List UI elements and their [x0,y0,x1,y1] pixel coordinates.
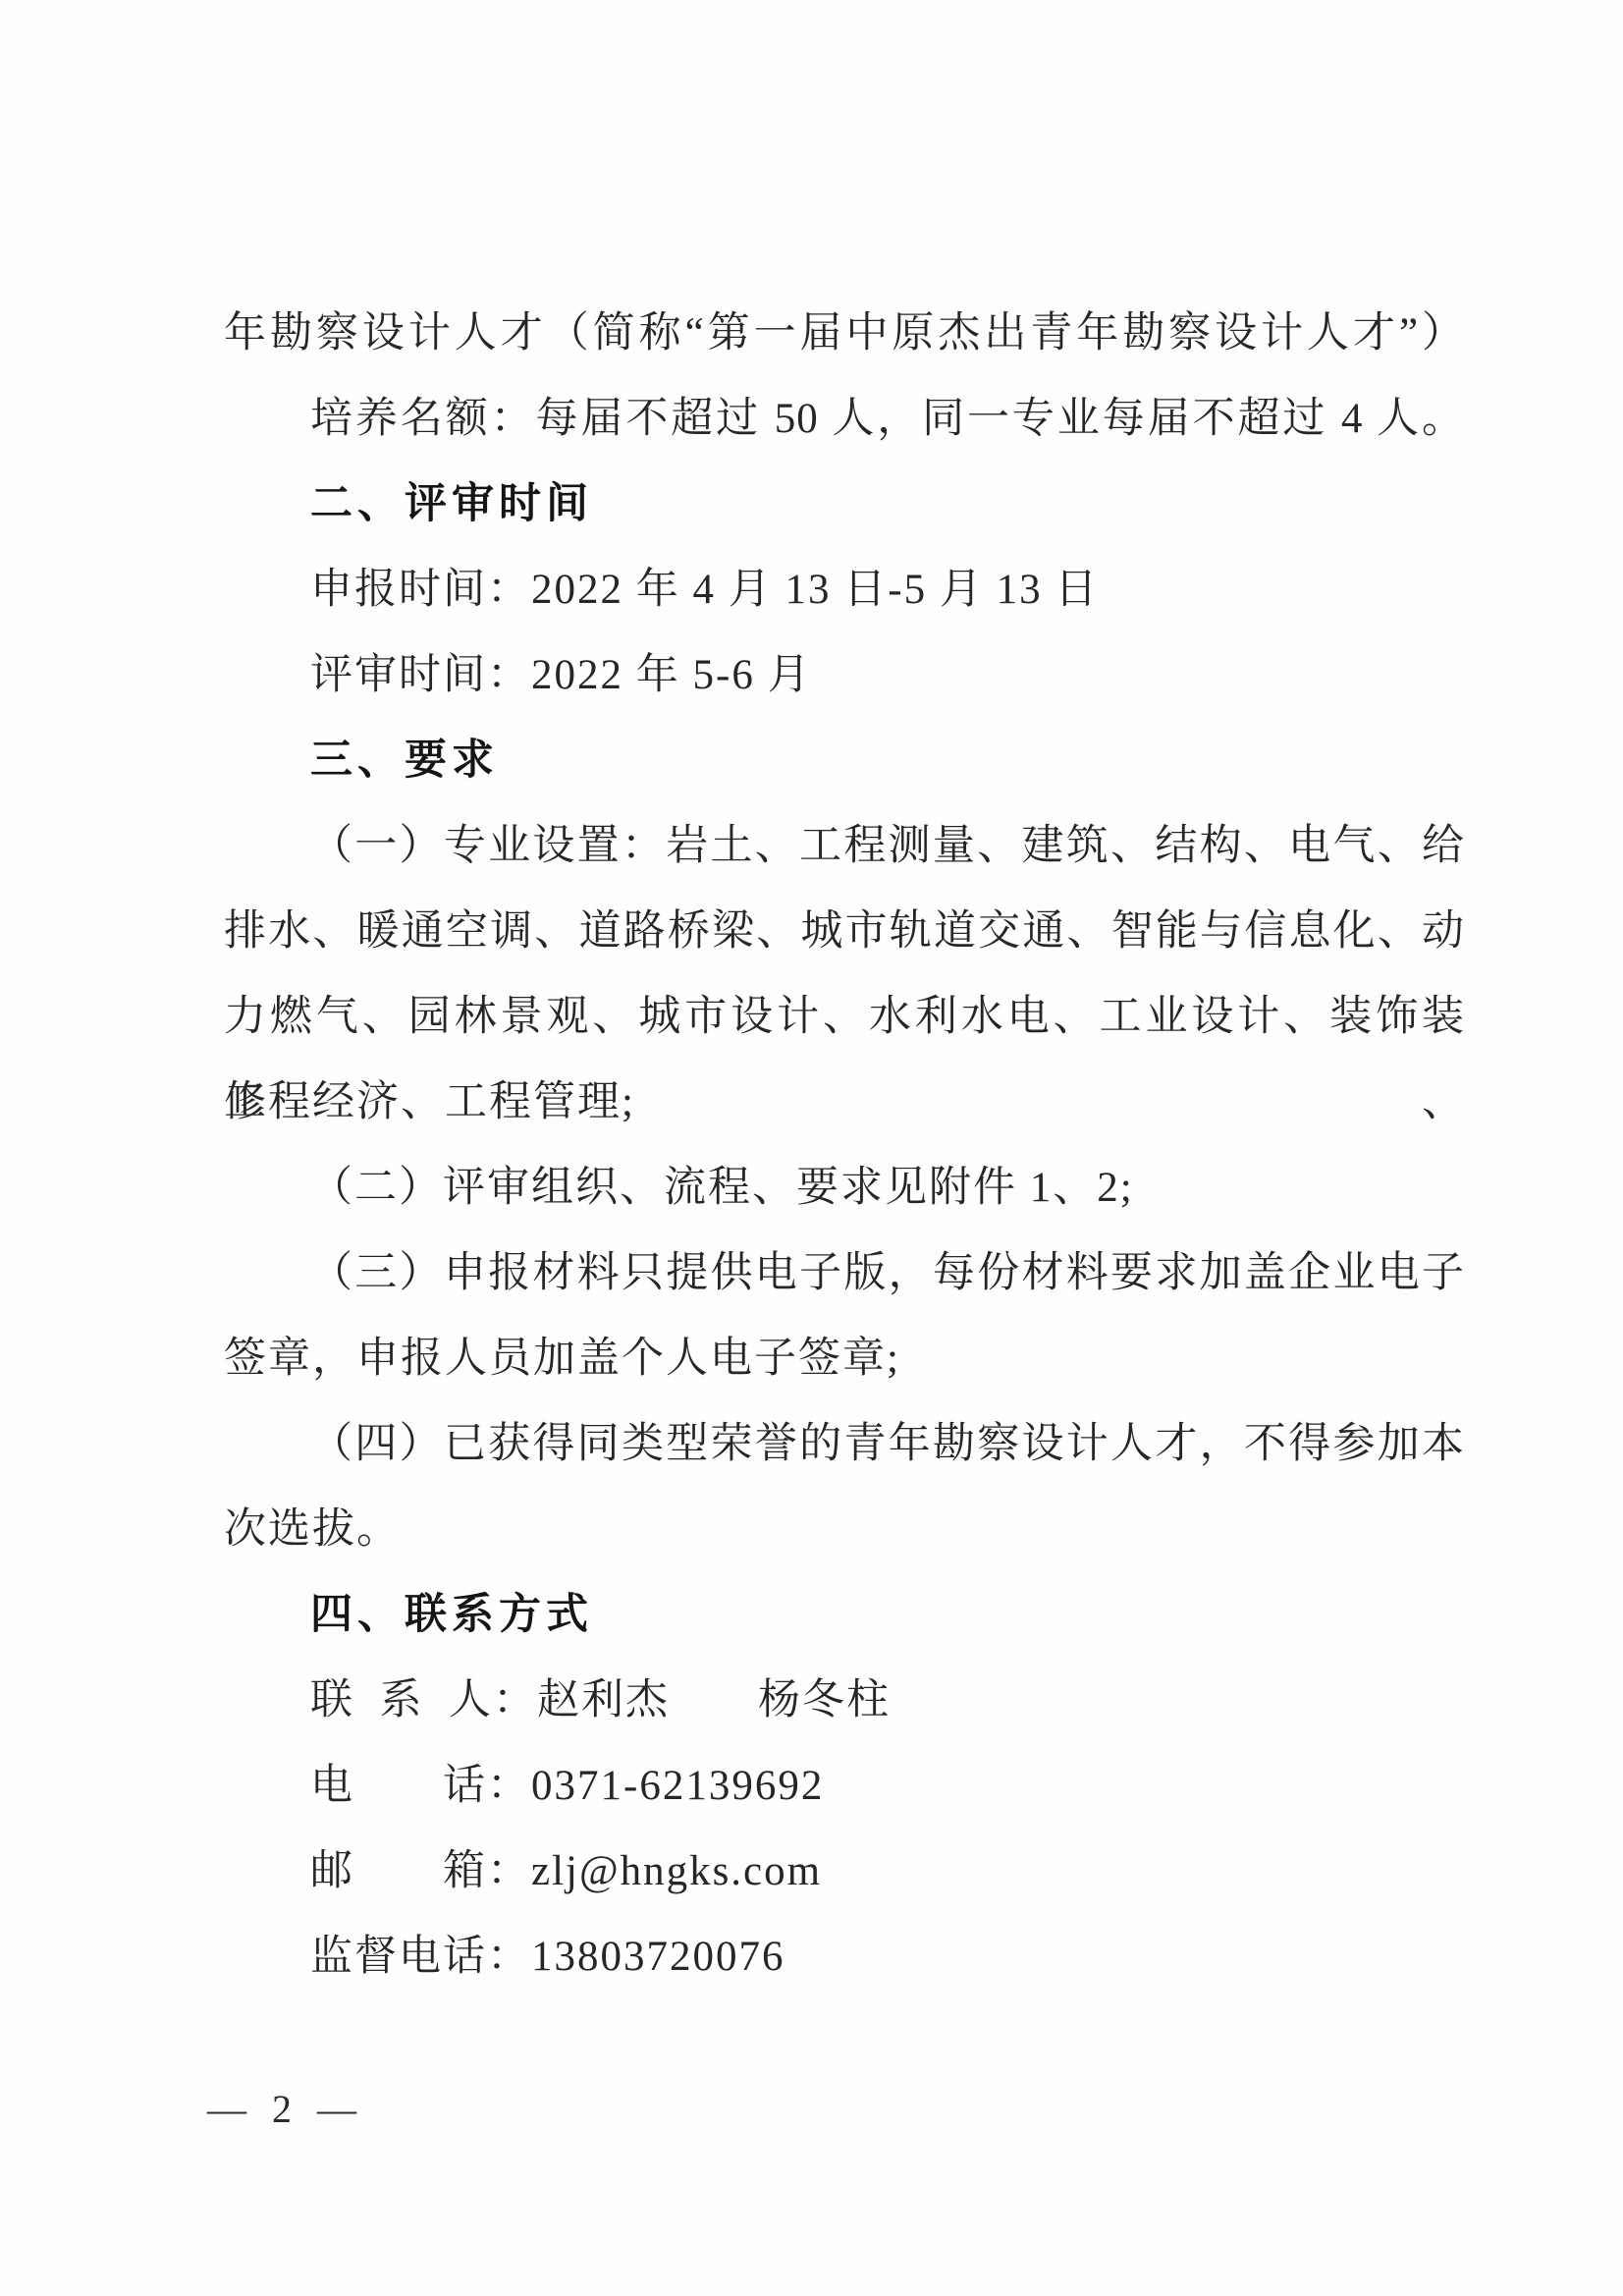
text-line: 排水、暖通空调、道路桥梁、城市轨道交通、智能与信息化、动 [224,889,1465,974]
document-page: 年勘察设计人才（简称“第一届中原杰出青年勘察设计人才”）培养名额：每届不超过 5… [0,0,1623,2296]
section-heading: 三、要求 [224,718,1465,803]
text-line: 力燃气、园林景观、城市设计、水利水电、工业设计、装饰装修、 [224,974,1465,1060]
section-heading: 四、联系方式 [224,1572,1465,1658]
text-line: 监督电话：13803720076 [224,1914,1465,1999]
text-block: 年勘察设计人才（简称“第一届中原杰出青年勘察设计人才”）培养名额：每届不超过 5… [224,291,1465,1999]
text-line: 年勘察设计人才（简称“第一届中原杰出青年勘察设计人才”） [224,291,1465,376]
text-line: （一）专业设置：岩土、工程测量、建筑、结构、电气、给 [224,803,1465,889]
text-line: （二）评审组织、流程、要求见附件 1、2; [224,1145,1465,1230]
text-line: 评审时间：2022 年 5-6 月 [224,632,1465,718]
text-line: 电 话：0371-62139692 [224,1743,1465,1829]
text-line: 邮 箱：zlj@hngks.com [224,1829,1465,1914]
text-line: 培养名额：每届不超过 50 人，同一专业每届不超过 4 人。 [224,376,1465,462]
text-line: 签章，申报人员加盖个人电子签章; [224,1316,1465,1401]
text-line: 申报时间：2022 年 4 月 13 日-5 月 13 日 [224,547,1465,632]
text-line: （三）申报材料只提供电子版，每份材料要求加盖企业电子 [224,1230,1465,1316]
text-line: 联 系 人：赵利杰 杨冬柱 [224,1658,1465,1743]
section-heading: 二、评审时间 [224,462,1465,547]
page-number: — 2 — [207,2080,364,2139]
text-line: 次选拔。 [224,1487,1465,1572]
text-line: （四）已获得同类型荣誉的青年勘察设计人才，不得参加本 [224,1401,1465,1487]
